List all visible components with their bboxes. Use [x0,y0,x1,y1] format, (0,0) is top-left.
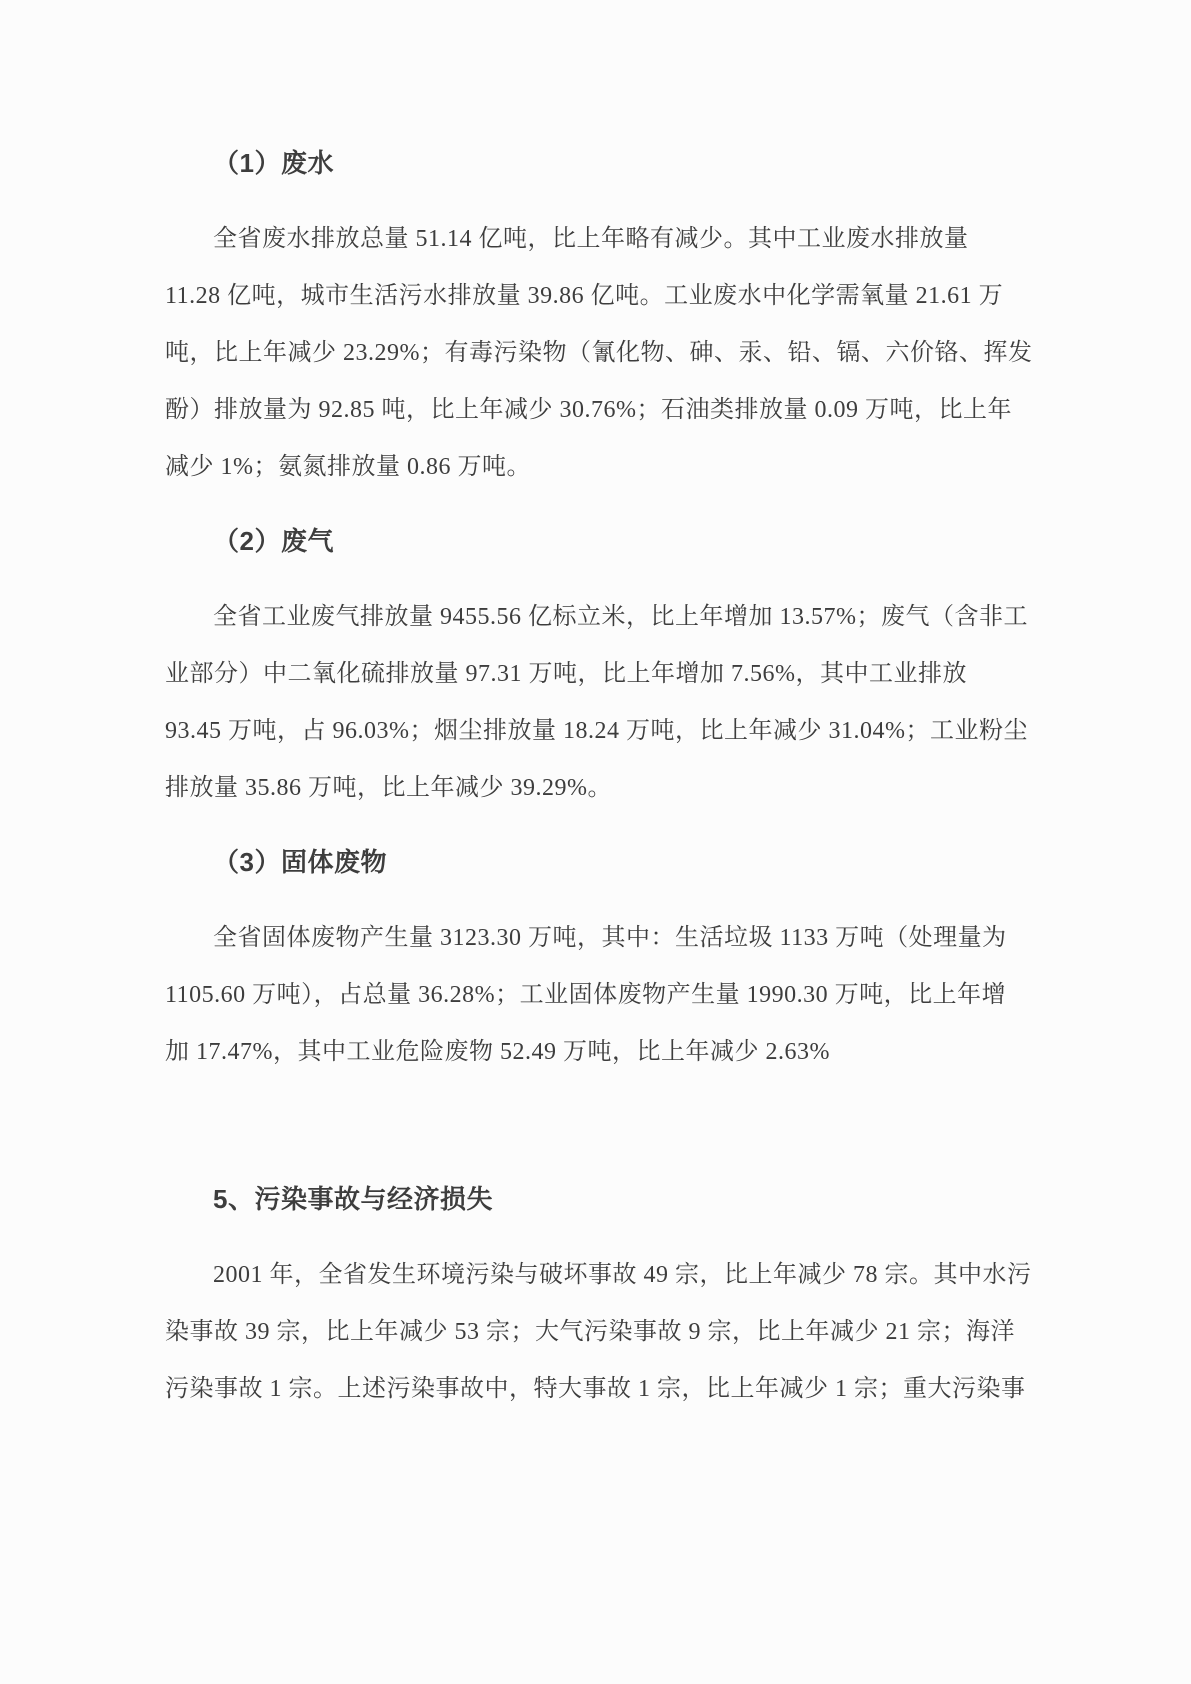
paragraph-line: 吨，比上年减少 23.29%；有毒污染物（氰化物、砷、汞、铅、镉、六价铬、挥发 [165,325,1151,382]
paragraph-line: 减少 1%；氨氮排放量 0.86 万吨。 [165,439,1151,496]
section-heading: 5、污染事故与经济损失 [165,1171,1151,1228]
paragraph-line: 排放量 35.86 万吨，比上年减少 39.29%。 [165,760,1151,817]
section-heading: （3）固体废物 [165,834,1151,891]
paragraph: 2001 年，全省发生环境污染与破坏事故 49 宗，比上年减少 78 宗。其中水… [165,1247,1151,1418]
document-page: （1）废水全省废水排放总量 51.14 亿吨，比上年略有减少。其中工业废水排放量… [0,0,1191,1684]
paragraph-line: 11.28 亿吨，城市生活污水排放量 39.86 亿吨。工业废水中化学需氧量 2… [165,268,1151,325]
section-heading: （1）废水 [165,135,1151,192]
paragraph-line: 全省废水排放总量 51.14 亿吨，比上年略有减少。其中工业废水排放量 [165,211,1151,268]
paragraph-line: 污染事故 1 宗。上述污染事故中，特大事故 1 宗，比上年减少 1 宗；重大污染… [165,1361,1151,1418]
paragraph-line: 染事故 39 宗，比上年减少 53 宗；大气污染事故 9 宗，比上年减少 21 … [165,1304,1151,1361]
paragraph: 全省工业废气排放量 9455.56 亿标立米，比上年增加 13.57%；废气（含… [165,589,1151,817]
paragraph-line: 全省固体废物产生量 3123.30 万吨，其中：生活垃圾 1133 万吨（处理量… [165,910,1151,967]
paragraph: 全省废水排放总量 51.14 亿吨，比上年略有减少。其中工业废水排放量11.28… [165,211,1151,496]
section-heading: （2）废气 [165,513,1151,570]
paragraph-line: 酚）排放量为 92.85 吨，比上年减少 30.76%；石油类排放量 0.09 … [165,382,1151,439]
paragraph-line: 全省工业废气排放量 9455.56 亿标立米，比上年增加 13.57%；废气（含… [165,589,1151,646]
paragraph-line: 业部分）中二氧化硫排放量 97.31 万吨，比上年增加 7.56%，其中工业排放 [165,646,1151,703]
paragraph-line: 93.45 万吨，占 96.03%；烟尘排放量 18.24 万吨，比上年减少 3… [165,703,1151,760]
document-content: （1）废水全省废水排放总量 51.14 亿吨，比上年略有减少。其中工业废水排放量… [165,135,1151,1418]
paragraph-line: 加 17.47%，其中工业危险废物 52.49 万吨，比上年减少 2.63% [165,1024,1151,1081]
paragraph: 全省固体废物产生量 3123.30 万吨，其中：生活垃圾 1133 万吨（处理量… [165,910,1151,1081]
paragraph-line: 1105.60 万吨），占总量 36.28%；工业固体废物产生量 1990.30… [165,967,1151,1024]
paragraph-line: 2001 年，全省发生环境污染与破坏事故 49 宗，比上年减少 78 宗。其中水… [165,1247,1151,1304]
